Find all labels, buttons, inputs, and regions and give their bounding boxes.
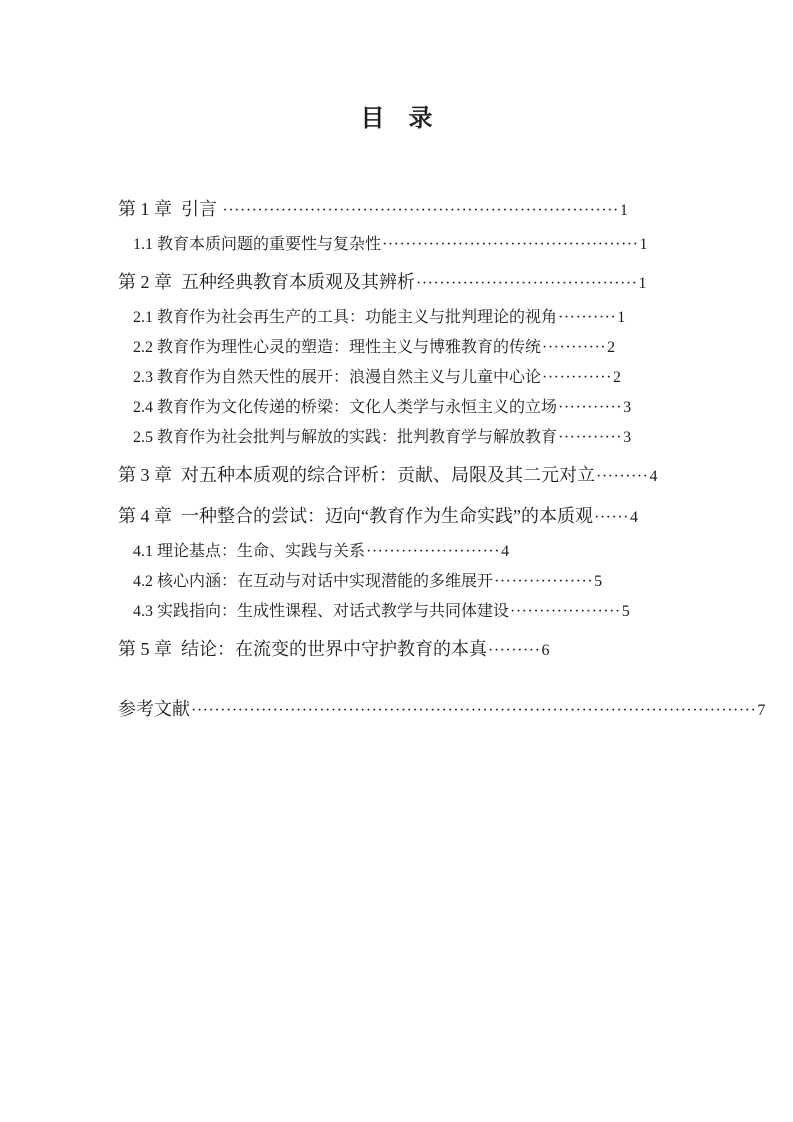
toc-leader-dots: ··········· (557, 429, 623, 446)
toc-page-number: 4 (501, 543, 509, 560)
toc-entry-label: 第 5 章 结论：在流变的世界中守护教育的本真 (118, 639, 487, 659)
document-page: 目 录 第 1 章 引言 ···························… (0, 0, 793, 1122)
toc-page-number: 2 (607, 339, 615, 356)
toc-page-number: 1 (620, 202, 628, 219)
toc-leader-dots: ··················· (509, 603, 622, 620)
toc-entry: 第 2 章 五种经典教育本质观及其辨析·····················… (118, 267, 773, 297)
toc-entry: 2.5 教育作为社会批判与解放的实践：批判教育学与解放教育···········… (118, 423, 773, 453)
toc-leader-dots: ········································… (222, 202, 620, 219)
toc-page-number: 4 (630, 509, 638, 526)
toc-entry-label: 2.3 教育作为自然天性的展开：浪漫自然主义与儿童中心论 (133, 369, 541, 386)
toc-entry-label: 2.1 教育作为社会再生产的工具：功能主义与批判理论的视角 (133, 309, 557, 326)
toc-entry: 2.2 教育作为理性心灵的塑造：理性主义与博雅教育的传统···········2 (118, 333, 773, 363)
toc-entry-label: 1.1 教育本质问题的重要性与复杂性 (133, 236, 381, 253)
toc-entry-label: 2.4 教育作为文化传递的桥梁：文化人类学与永恒主义的立场 (133, 399, 557, 416)
toc-list: 第 1 章 引言 ·······························… (0, 194, 793, 724)
toc-leader-dots: ········································… (381, 236, 639, 253)
toc-page-number: 1 (639, 236, 647, 253)
toc-page-number: 5 (622, 603, 630, 620)
toc-entry: 2.3 教育作为自然天性的展开：浪漫自然主义与儿童中心论············… (118, 363, 773, 393)
toc-entry: 第 1 章 引言 ·······························… (118, 194, 773, 224)
toc-leader-dots: ······································ (415, 275, 638, 292)
toc-leader-dots: ··········· (557, 399, 623, 416)
toc-page-number: 1 (617, 309, 625, 326)
toc-entry-label: 第 1 章 引言 (118, 199, 222, 219)
toc-leader-dots: ········· (595, 468, 649, 485)
toc-entry: 1.1 教育本质问题的重要性与复杂性······················… (118, 230, 773, 260)
toc-entry: 4.2 核心内涵：在互动与对话中实现潜能的多维展开···············… (118, 567, 773, 597)
toc-entry-label: 第 4 章 一种整合的尝试：迈向“教育作为生命实践”的本质观 (118, 506, 593, 526)
toc-page-number: 5 (594, 573, 602, 590)
toc-leader-dots: ················· (493, 573, 594, 590)
toc-entry: 4.1 理论基点：生命、实践与关系·······················… (118, 537, 773, 567)
toc-page-number: 3 (623, 399, 631, 416)
toc-leader-dots: ··········· (541, 339, 607, 356)
toc-entry: 2.4 教育作为文化传递的桥梁：文化人类学与永恒主义的立场···········… (118, 393, 773, 423)
toc-leader-dots: ······················· (365, 543, 501, 560)
toc-entry-label: 第 3 章 对五种本质观的综合评析：贡献、局限及其二元对立 (118, 465, 595, 485)
toc-entry: 第 4 章 一种整合的尝试：迈向“教育作为生命实践”的本质观······4 (118, 501, 773, 531)
toc-entry: 第 5 章 结论：在流变的世界中守护教育的本真·········6 (118, 634, 773, 664)
toc-entry-label: 4.2 核心内涵：在互动与对话中实现潜能的多维展开 (133, 573, 493, 590)
toc-leader-dots: ······ (593, 509, 630, 526)
toc-leader-dots: ············ (541, 369, 613, 386)
toc-page-number: 2 (613, 369, 621, 386)
toc-entry: 4.3 实践指向：生成性课程、对话式教学与共同体建设··············… (118, 597, 773, 627)
toc-entry-label: 第 2 章 五种经典教育本质观及其辨析 (118, 272, 415, 292)
toc-title: 目 录 (0, 0, 793, 135)
toc-entry: 2.1 教育作为社会再生产的工具：功能主义与批判理论的视角··········1 (118, 303, 773, 333)
toc-entry-label: 2.5 教育作为社会批判与解放的实践：批判教育学与解放教育 (133, 429, 557, 446)
toc-page-number: 4 (649, 468, 657, 485)
toc-page-number: 6 (541, 642, 549, 659)
toc-entry: 参考文献····································… (118, 694, 773, 724)
toc-leader-dots: ·········· (557, 309, 617, 326)
toc-entry-label: 4.3 实践指向：生成性课程、对话式教学与共同体建设 (133, 603, 509, 620)
toc-page-number: 1 (638, 275, 646, 292)
toc-page-number: 7 (757, 702, 765, 719)
toc-entry: 第 3 章 对五种本质观的综合评析：贡献、局限及其二元对立·········4 (118, 460, 773, 490)
toc-entry-label: 参考文献 (118, 699, 190, 719)
toc-leader-dots: ········· (487, 642, 541, 659)
toc-leader-dots: ········································… (190, 702, 757, 719)
toc-entry-label: 2.2 教育作为理性心灵的塑造：理性主义与博雅教育的传统 (133, 339, 541, 356)
toc-page-number: 3 (623, 429, 631, 446)
toc-entry-label: 4.1 理论基点：生命、实践与关系 (133, 543, 365, 560)
